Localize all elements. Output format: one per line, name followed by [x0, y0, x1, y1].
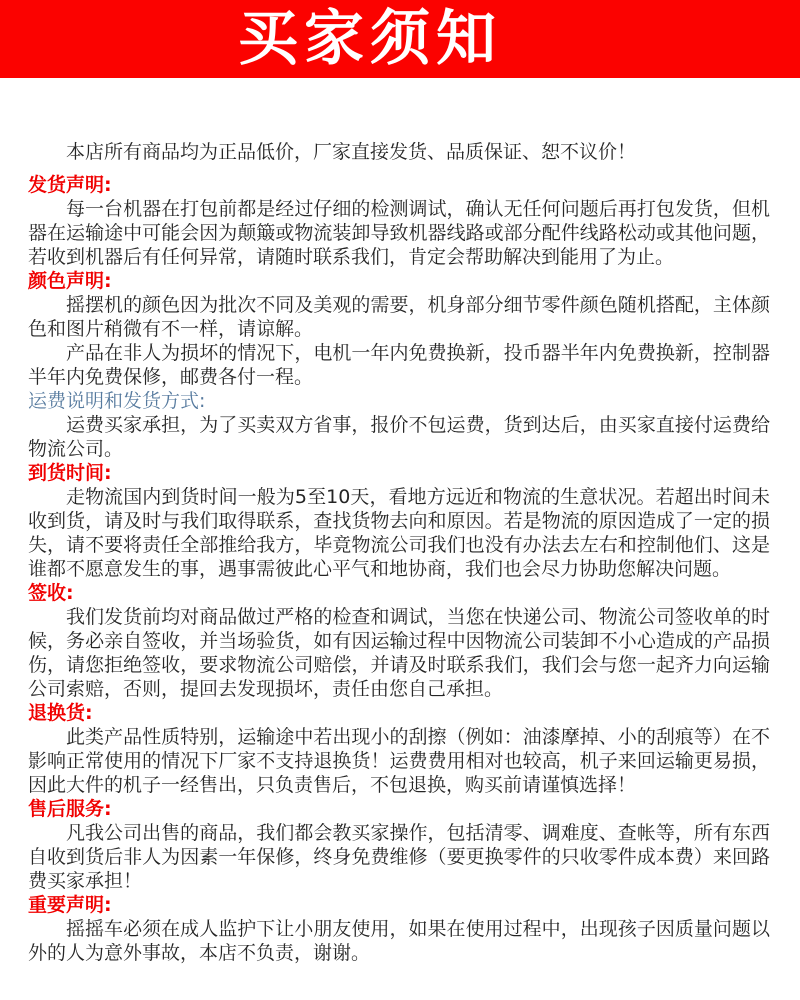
paragraph: 我们发货前均对商品做过严格的检查和调试，当您在快递公司、物流公司签收单的时候，务…: [28, 605, 770, 701]
section-heading-delivery-time: 到货时间:: [28, 461, 770, 485]
section-heading-returns: 退换货:: [28, 701, 770, 725]
section-returns: 退换货: 此类产品性质特别，运输途中若出现小的刮擦（例如：油漆摩掉、小的刮痕等）…: [28, 701, 770, 797]
section-heading-freight: 运费说明和发货方式:: [28, 389, 770, 413]
intro-paragraph: 本店所有商品均为正品低价，厂家直接发货、品质保证、恕不议价！: [28, 140, 770, 164]
paragraph: 摇摆机的颜色因为批次不同及美观的需要，机身部分细节零件颜色随机搭配，主体颜色和图…: [28, 293, 770, 341]
section-heading-shipping: 发货声明:: [28, 173, 770, 197]
paragraph: 凡我公司出售的商品，我们都会教买家操作，包括清零、调难度、查帐等，所有东西自收到…: [28, 821, 770, 893]
section-delivery-time: 到货时间: 走物流国内到货时间一般为5至10天，看地方远近和物流的生意状况。若超…: [28, 461, 770, 581]
paragraph: 此类产品性质特别，运输途中若出现小的刮擦（例如：油漆摩掉、小的刮痕等）在不影响正…: [28, 725, 770, 797]
section-heading-color: 颜色声明:: [28, 269, 770, 293]
section-heading-important: 重要声明:: [28, 893, 770, 917]
header-banner: 买家须知: [0, 0, 800, 78]
paragraph: 走物流国内到货时间一般为5至10天，看地方远近和物流的生意状况。若超出时间未收到…: [28, 485, 770, 581]
buyer-notice-page: 买家须知 本店所有商品均为正品低价，厂家直接发货、品质保证、恕不议价！ 发货声明…: [0, 0, 800, 965]
paragraph: 运费买家承担，为了买卖双方省事，报价不包运费，货到达后，由买家直接付运费给物流公…: [28, 413, 770, 461]
paragraph: 摇摇车必须在成人监护下让小朋友使用，如果在使用过程中，出现孩子因质量问题以外的人…: [28, 917, 770, 965]
paragraph: 每一台机器在打包前都是经过仔细的检测调试，确认无任何问题后再打包发货，但机器在运…: [28, 197, 770, 269]
notice-body: 本店所有商品均为正品低价，厂家直接发货、品质保证、恕不议价！ 发货声明: 每一台…: [0, 78, 800, 965]
section-color-statement: 颜色声明: 摇摆机的颜色因为批次不同及美观的需要，机身部分细节零件颜色随机搭配，…: [28, 269, 770, 389]
section-shipping-statement: 发货声明: 每一台机器在打包前都是经过仔细的检测调试，确认无任何问题后再打包发货…: [28, 173, 770, 269]
section-freight: 运费说明和发货方式: 运费买家承担，为了买卖双方省事，报价不包运费，货到达后，由…: [28, 389, 770, 461]
section-heading-after-sales: 售后服务:: [28, 797, 770, 821]
section-heading-sign-receipt: 签收:: [28, 581, 770, 605]
section-after-sales: 售后服务: 凡我公司出售的商品，我们都会教买家操作，包括清零、调难度、查帐等，所…: [28, 797, 770, 893]
section-important-statement: 重要声明: 摇摇车必须在成人监护下让小朋友使用，如果在使用过程中，出现孩子因质量…: [28, 893, 770, 965]
page-title: 买家须知: [238, 9, 502, 69]
section-sign-receipt: 签收: 我们发货前均对商品做过严格的检查和调试，当您在快递公司、物流公司签收单的…: [28, 581, 770, 701]
paragraph: 产品在非人为损坏的情况下，电机一年内免费换新，投币器半年内免费换新，控制器半年内…: [28, 341, 770, 389]
